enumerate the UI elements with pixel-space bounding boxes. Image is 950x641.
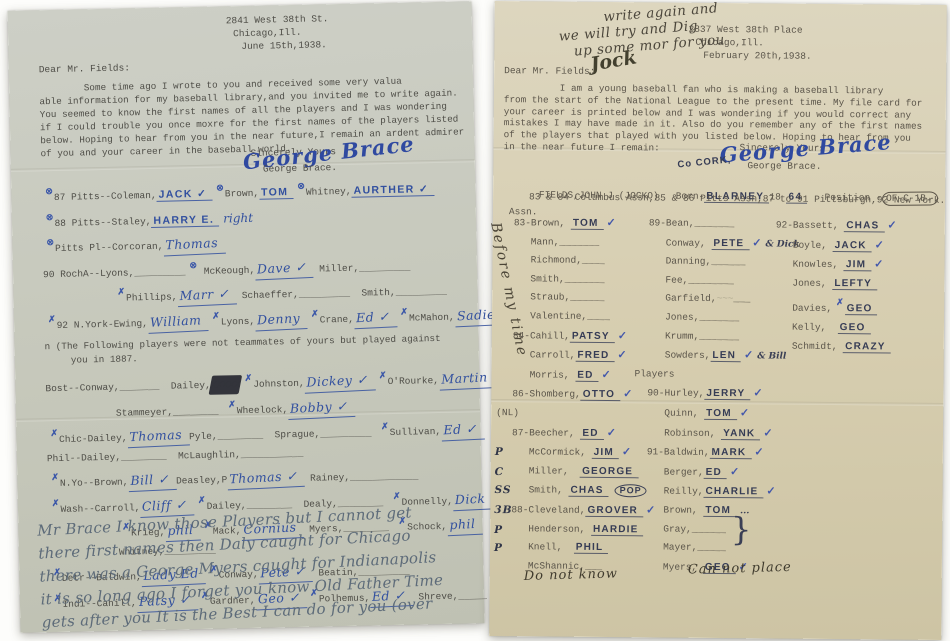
- typed-label: 87-Beecher,: [512, 427, 581, 439]
- x-mark: ✗: [400, 302, 408, 321]
- handwritten-fill: AURTHER ✓: [351, 183, 434, 198]
- handwritten-fill: William: [147, 311, 208, 333]
- handwritten-fill: CHAS: [568, 485, 608, 497]
- handwritten-fill: LEN: [710, 350, 741, 362]
- roster-line: Robinson, YANK✓: [647, 423, 798, 444]
- roster-line: Kelly, GEO: [775, 318, 896, 338]
- handwritten-fill: TOM: [259, 186, 294, 200]
- roster-line: Players: [634, 365, 798, 385]
- typed-label: 86-Shomberg,: [512, 389, 581, 401]
- roster-line: P Knell, PHIL: [511, 538, 655, 558]
- roster-column-3: 92-Bassett, CHAS✓ Boyle, JACK✓ Knowles, …: [775, 216, 897, 357]
- salutation: Dear Mr. Fields:: [504, 65, 595, 77]
- handwritten-fill: TOM: [704, 408, 737, 420]
- x-mark: ✗: [381, 417, 389, 436]
- handwritten-fill: GEORGE: [580, 466, 638, 479]
- typed-label: 89-Bean,_______: [649, 217, 735, 229]
- typed-label: Sowders,: [648, 350, 711, 362]
- handwritten-fill: Dave ✓: [255, 257, 314, 279]
- typed-label: Brown,: [225, 188, 259, 200]
- handwritten-fill: LEFTY: [832, 278, 877, 290]
- position-annotation: 3B: [494, 501, 512, 520]
- handwritten-fill: Ed ✓: [353, 307, 396, 328]
- handwritten-fill: Thomas: [163, 234, 225, 256]
- handwritten-fill: ED: [580, 427, 603, 439]
- roster-line: Berger,ED✓: [647, 462, 798, 483]
- roster-line: Mayer,_____: [646, 538, 797, 558]
- typed-label: Chic-Dailey,: [59, 433, 128, 445]
- typed-label: N.Yo--Brown,: [60, 477, 129, 489]
- handwritten-fill: Denny: [255, 309, 308, 331]
- roster-line: Carroll,FRED✓: [513, 345, 657, 366]
- typed-label: Lyons,: [221, 315, 255, 327]
- photo-background: 2841 West 38th St.Chicago,Ill.June 15th,…: [0, 0, 950, 641]
- signature-typed: George Brace.: [747, 160, 821, 172]
- typed-label: Pyle,________ Sprague,_________: [189, 427, 377, 442]
- roster-line: Valentine,____: [513, 307, 657, 327]
- handwritten-fill: GEO: [845, 303, 878, 315]
- typed-label: 91-Baldwin,: [647, 447, 710, 459]
- position-annotation: C: [495, 463, 505, 482]
- position-annotation: P: [495, 443, 504, 462]
- handwritten-fill: CHAS: [844, 220, 884, 232]
- handwritten-fill: CRAZY: [843, 341, 891, 353]
- handwritten-fill: Marr ✓: [177, 284, 237, 306]
- typed-label: Quinn,: [647, 407, 704, 418]
- address-line: June 15th,1938.: [241, 38, 329, 53]
- typed-label: Boyle,: [776, 239, 833, 250]
- typed-label: Valentine,____: [513, 310, 610, 322]
- typed-label: 88-Cleveland,: [511, 504, 585, 516]
- handwritten-fill: Thomas ✓: [227, 467, 305, 490]
- roster-line: 92-Bassett, CHAS✓: [776, 216, 897, 237]
- x-mark: ✗: [117, 283, 125, 302]
- x-mark: ⊗: [46, 233, 54, 252]
- typed-label: Mayer,_____: [646, 541, 726, 553]
- typed-label: Brown,: [646, 504, 703, 515]
- typed-label: Miller,_________: [313, 261, 410, 274]
- roster-line: Smith,_______: [513, 270, 657, 290]
- check-mark: ✓: [763, 427, 772, 439]
- roster-line: Knowles, JIM✓: [775, 255, 896, 276]
- handwritten-fill: JACK: [833, 240, 872, 252]
- typed-label: Wash--Carroll,: [60, 502, 140, 515]
- typed-label: Davies,: [775, 303, 832, 314]
- typed-label: Phil--Dailey,________ McLaughlin,_______…: [47, 447, 304, 463]
- check-mark: ✓: [607, 427, 616, 439]
- x-mark: ✗: [379, 366, 387, 385]
- x-mark: ✗: [311, 304, 319, 323]
- typed-label: Schaeffer,_________ Smith,_________: [236, 286, 447, 301]
- typed-label: Berger,: [647, 466, 704, 477]
- check-mark: ✓: [874, 259, 883, 271]
- roster-line: SS Smith, CHASPOP: [511, 481, 655, 502]
- x-mark: ✗: [244, 369, 252, 388]
- brace-mark: }: [731, 520, 752, 539]
- sender-address: 2837 West 38th PlaceChicago,Ill.February…: [688, 23, 812, 63]
- typed-label: Knell,: [511, 541, 574, 553]
- typed-label: Jones,: [775, 277, 832, 288]
- typed-label: Pitts Pl--Corcoran,: [55, 241, 164, 254]
- typed-label: 84-Cahill,: [513, 330, 570, 341]
- typed-label: Richmond,____: [513, 254, 604, 266]
- typed-label: Knowles,: [775, 259, 844, 271]
- typed-label: Conway,: [649, 237, 712, 249]
- handwritten-fill: JIM: [592, 447, 619, 459]
- check-mark: ✓: [754, 446, 763, 458]
- typed-label: 83-Brown,: [514, 217, 571, 228]
- handwritten-fill: PATSY: [570, 330, 615, 342]
- handwritten-fill: Ed ✓: [441, 420, 484, 441]
- roster-line: Gray,______}: [646, 520, 797, 540]
- x-mark: ✗: [228, 395, 236, 414]
- position-annotation: SS: [494, 481, 511, 500]
- roster-line: 83-Brown, TOM✓: [514, 213, 658, 234]
- typed-label: 88 Pitts--Staley,: [54, 215, 151, 228]
- address-line: February 20th,1938.: [703, 49, 811, 63]
- typed-label: Smith,_______: [513, 273, 604, 285]
- handwritten-fill: ED: [575, 370, 598, 382]
- typed-label: Schmidt,: [775, 340, 844, 352]
- address-line: 2841 West 38th St.: [226, 12, 329, 27]
- typed-label: 92 N.York-Ewing,: [57, 318, 148, 331]
- salutation: Dear Mr. Fields:: [39, 62, 130, 75]
- check-mark: ✓: [887, 219, 896, 231]
- typed-label: O'Rourke,: [388, 375, 440, 387]
- roster-line: P Henderson, HARDIE: [511, 520, 655, 540]
- check-mark: ✓: [601, 369, 610, 381]
- roster-line: Mann,_______: [514, 233, 658, 253]
- roster-line: 91-Baldwin,MARK✓: [647, 443, 798, 464]
- handwritten-fill: Bobby ✓: [288, 396, 356, 419]
- check-mark: ✓: [752, 237, 761, 249]
- roster-line: (NL): [496, 404, 656, 424]
- handwritten-fill: TOM: [571, 218, 604, 230]
- roster-line: 87-Beecher, ED✓: [512, 423, 656, 444]
- position-annotation: P: [494, 521, 503, 540]
- handwritten-fill: MARK: [710, 447, 752, 459]
- typed-label: Garfield,: [648, 293, 717, 305]
- handwritten-fill: JACK ✓: [156, 188, 212, 202]
- roster-line: Quinn, TOM✓: [647, 403, 798, 424]
- check-mark: ✓: [875, 239, 884, 251]
- typed-label: ___: [733, 294, 750, 305]
- check-mark: ✓: [740, 407, 749, 419]
- typed-label: Reilly,: [646, 486, 703, 497]
- typed-label: Players: [634, 368, 674, 379]
- roster-line: 86-Shomberg,OTTO✓: [512, 385, 656, 406]
- typed-label: Mann,_______: [514, 236, 600, 248]
- check-mark: ✓: [617, 349, 626, 361]
- typed-label: Krumm,_______: [648, 330, 739, 342]
- faint-pencil-mark: ~~~: [717, 293, 734, 304]
- x-mark: ⊗: [297, 177, 305, 196]
- scratched-out-word: XXXXX: [209, 375, 243, 394]
- roster-column-1: 83-Brown, TOM✓ Mann,_______ Richmond,___…: [511, 213, 658, 577]
- address-line: Chicago,Ill.: [695, 36, 811, 50]
- typed-label: Danning,______: [648, 256, 745, 268]
- handwritten-fill: YANK: [721, 428, 760, 440]
- handwritten-fill: HARDIE: [591, 523, 644, 535]
- scribble: right: [223, 210, 253, 225]
- fields-reply-note: Mr Brace I know those Players but I cann…: [37, 498, 486, 635]
- handwritten-fill: OTTO: [581, 389, 621, 401]
- check-mark: ✓: [753, 388, 762, 400]
- x-mark: ✗: [50, 424, 58, 443]
- x-mark: ✗: [52, 493, 60, 512]
- handwritten-fill: JIM: [844, 259, 871, 271]
- signature-typed: George Brace.: [263, 162, 337, 175]
- roster-line: 3B88-Cleveland,GROVER✓: [511, 500, 655, 521]
- typed-label: Rainey,____________: [304, 470, 418, 483]
- letter-left: 2841 West 38th St.Chicago,Ill.June 15th,…: [8, 1, 485, 633]
- roster-line: Richmond,____: [513, 251, 657, 271]
- handwritten-fill: FRED: [575, 350, 614, 362]
- handwritten-fill: PHIL: [574, 542, 609, 554]
- typed-label: Wheelock,: [237, 404, 289, 416]
- handwritten-fill: GROVER: [585, 505, 643, 518]
- roster-line: Schmidt, CRAZY: [775, 337, 896, 357]
- typed-label: 92-Bassett,: [776, 220, 845, 232]
- x-mark: ⊗: [189, 256, 197, 275]
- cork-annotation: Co CORK,: [677, 154, 732, 170]
- circled-annotation: POP: [615, 484, 647, 497]
- roster-line: Boyle, JACK✓: [776, 235, 897, 256]
- typed-label: Stammeyer,________: [116, 405, 225, 418]
- address-line: 2837 West 38th Place: [688, 23, 811, 37]
- sender-address: 2841 West 38th St.Chicago,Ill.June 15th,…: [226, 12, 329, 53]
- roster-line: Davies,✗GEO: [775, 293, 896, 320]
- roster-line: 84-Cahill,PATSY✓: [513, 326, 657, 347]
- typed-label: Straub,______: [513, 292, 604, 304]
- check-mark: ✓: [623, 389, 632, 401]
- x-mark: ✗: [48, 309, 56, 328]
- typed-label: Carroll,: [513, 349, 576, 361]
- typed-label: Fee,________: [648, 274, 734, 286]
- typed-label: Johnston,: [253, 378, 305, 390]
- typed-label: 90 RochA--Lyons,_________: [43, 266, 186, 280]
- typed-label: McCormick,: [512, 446, 592, 458]
- x-mark: ⊗: [45, 182, 53, 201]
- x-mark: ✗: [836, 293, 844, 312]
- typed-label: Gray,______: [646, 523, 726, 535]
- handwritten-fill: Dickey ✓: [304, 370, 375, 393]
- check-mark: ✓: [606, 217, 615, 229]
- typed-label: Kelly,: [775, 321, 838, 333]
- check-mark: ✓: [766, 486, 775, 498]
- roster-line: Jones, LEFTY: [775, 274, 896, 294]
- handwritten-fill: JERRY: [704, 388, 750, 400]
- typed-label: Crane,: [320, 313, 354, 325]
- handwritten-fill: GEO: [838, 322, 871, 334]
- x-mark: ✗: [198, 490, 206, 509]
- x-mark: ⊗: [46, 208, 54, 227]
- letter-right: write again andwe will try and Digup som…: [489, 1, 947, 640]
- check-mark: ✓: [744, 349, 753, 361]
- typed-label: Sullivan,: [390, 426, 442, 438]
- typed-label: Phillips,: [126, 291, 178, 303]
- roster-line: Straub,______: [513, 289, 657, 309]
- x-mark: ⊗: [216, 178, 224, 197]
- x-mark: ✗: [51, 468, 59, 487]
- handwritten-fill: HARRY E.: [151, 213, 219, 227]
- roster-line: P McCormick, JIM✓: [512, 442, 656, 463]
- typed-label: Jones,_______: [648, 311, 739, 323]
- typed-label: Smith,: [511, 485, 568, 496]
- typed-label: you in 1887.: [71, 353, 138, 365]
- handwritten-fill: Thomas: [127, 425, 189, 447]
- check-mark: ✓: [618, 330, 627, 342]
- note-do-not-know: Do not know: [524, 566, 619, 583]
- note-can-not-place: Can not place: [688, 560, 792, 578]
- typed-label: McMahon,: [409, 311, 455, 323]
- typed-label: (NL): [496, 407, 519, 418]
- typed-label: 90-Hurley,: [647, 388, 704, 399]
- handwritten-fill: CHARLIE: [703, 486, 763, 499]
- handwritten-fill: ED: [704, 467, 727, 479]
- roster-line: 90-Hurley,JERRY✓: [647, 384, 798, 405]
- position-annotation: P: [494, 539, 503, 558]
- typed-label: Robinson,: [647, 427, 721, 439]
- typed-label: Bost--Conway,_______ Dailey,: [45, 380, 211, 394]
- typed-label: Deasley,P: [176, 474, 228, 486]
- typed-label: Whitney,: [306, 186, 352, 198]
- handwritten-fill: Bill ✓: [128, 470, 177, 492]
- handwritten-fill: Martin: [438, 368, 494, 390]
- roster-line: Reilly,CHARLIE✓: [646, 482, 797, 503]
- typed-label: 87 Pitts--Coleman,: [54, 190, 157, 203]
- typed-label: Miller,: [512, 465, 581, 477]
- roster-line: Brown, TOM...: [646, 501, 797, 521]
- check-mark: ✓: [730, 466, 739, 478]
- x-mark: ✗: [212, 306, 220, 325]
- roster-line: C Miller, GEORGE: [512, 462, 656, 482]
- handwritten-fill: PETE: [711, 238, 749, 250]
- typed-label: McKeough,: [198, 264, 255, 276]
- check-mark: ✓: [622, 446, 631, 458]
- typed-label: Morris,: [512, 369, 575, 381]
- typed-label: Henderson,: [511, 523, 591, 535]
